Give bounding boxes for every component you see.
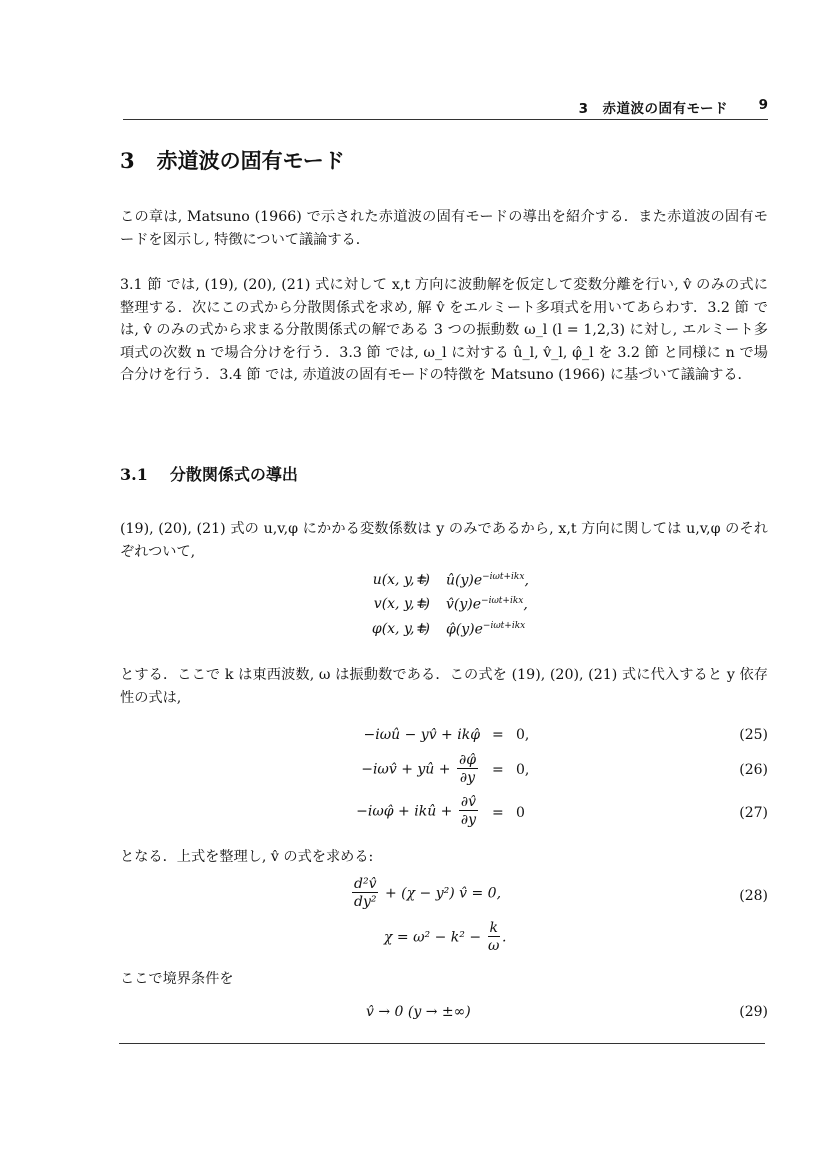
equation-number: (26): [739, 762, 768, 778]
eq-sep-v-rhs: v̂(y)e−iωt+ikx,: [446, 596, 528, 613]
section-paragraph-1: (19), (20), (21) 式の u,v,φ にかかる変数係数は y のみ…: [120, 518, 768, 563]
page-number: 9: [759, 97, 768, 113]
equation-number: (27): [739, 805, 768, 821]
running-header: 3 赤道波の固有モード 9: [123, 97, 768, 117]
chapter-title: 赤道波の固有モード: [157, 149, 345, 173]
running-header-section: 3 赤道波の固有モード: [579, 97, 728, 117]
eq-sep-v-rel: =: [416, 596, 428, 612]
header-rule: [123, 119, 768, 120]
section-heading: 3.1分散関係式の導出: [120, 462, 298, 485]
overview-paragraph: 3.1 節 では, (19), (20), (21) 式に対して x,t 方向に…: [120, 274, 768, 387]
chapter-heading: 3赤道波の固有モード: [120, 145, 345, 175]
equation-number: (25): [739, 727, 768, 743]
equation-number: (29): [739, 1004, 768, 1020]
intro-paragraph: この章は, Matsuno (1966) で示された赤道波の固有モードの導出を紹…: [120, 206, 768, 251]
chapter-number: 3: [120, 148, 135, 173]
eq-sep-u-rel: =: [416, 572, 428, 588]
eq-sep-phi-rhs: φ̂(y)e−iωt+ikx: [446, 621, 525, 638]
section-number: 3.1: [120, 465, 148, 484]
section-paragraph-3: となる．上式を整理し, v̂ の式を求める:: [120, 846, 768, 869]
section-title: 分散関係式の導出: [170, 465, 298, 484]
eq-sep-phi-rel: =: [416, 621, 428, 637]
equation-number: (28): [739, 888, 768, 904]
section-paragraph-4: ここで境界条件を: [120, 968, 768, 991]
section-paragraph-2: とする．ここで k は東西波数, ω は振動数である．この式を (19), (2…: [120, 664, 768, 709]
footer-rule: [119, 1043, 765, 1044]
eq-sep-u-rhs: û(y)e−iωt+ikx,: [446, 572, 529, 589]
